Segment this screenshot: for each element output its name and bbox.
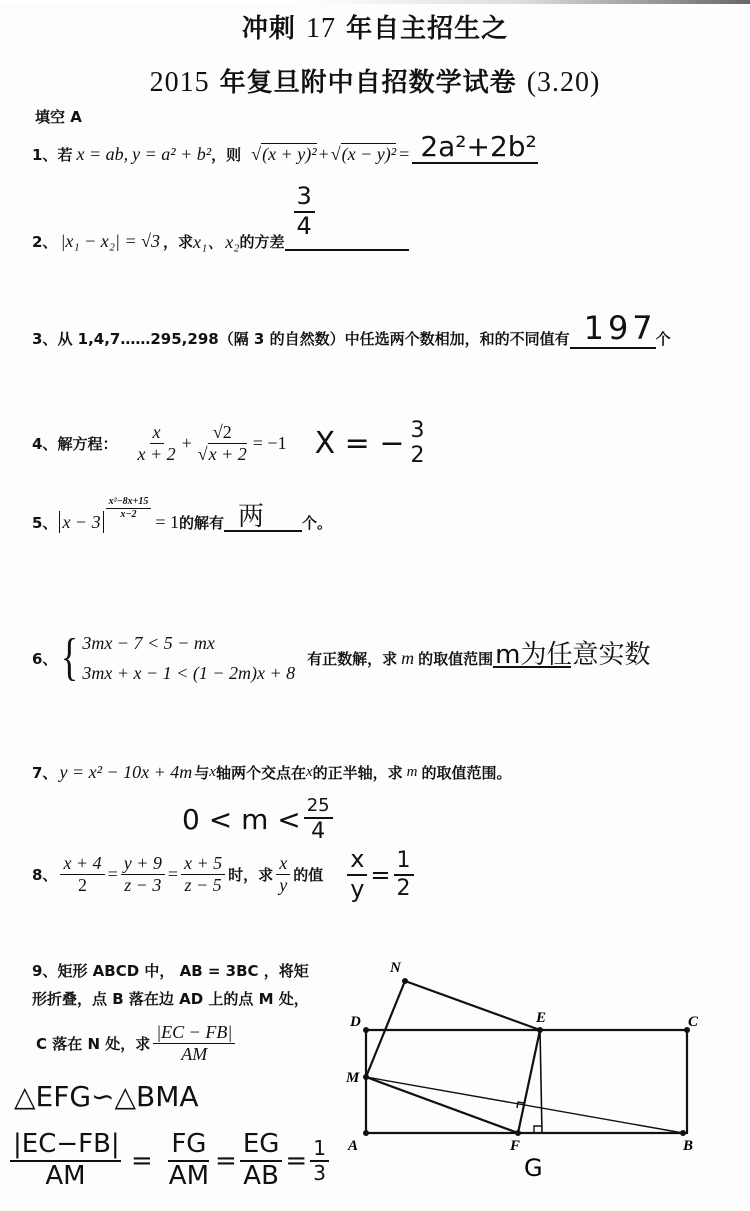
- question-text: ，则: [211, 144, 241, 165]
- question-9-line1: 9、 矩形 ABCD 中， AB = 3BC ，将矩: [32, 960, 309, 981]
- math-var: m: [401, 648, 414, 669]
- handwritten-fraction: 25 4: [304, 796, 333, 844]
- numerator: FG: [168, 1130, 209, 1162]
- question-3: 3、 从 1,4,7……295,298（隔 3 的自然数）中任选两个数相加，和的…: [32, 328, 671, 349]
- question-label: 解方程：: [57, 433, 117, 454]
- ask-fraction: x y: [276, 853, 290, 895]
- equals-sign: =: [399, 144, 409, 165]
- answer-denominator: 2: [408, 443, 428, 468]
- denominator: AB: [240, 1162, 282, 1192]
- sqrt-sign: √: [331, 144, 341, 165]
- question-8: 8、 x + 4 2 = y + 9 z − 3 = x + 5 z − 5 时…: [32, 846, 417, 903]
- question-text: 若: [57, 144, 72, 165]
- numerator: |EC − FB|: [153, 1022, 235, 1044]
- math-var: x: [306, 764, 313, 781]
- question-number: 9、: [32, 960, 57, 981]
- label-d: D: [349, 1014, 361, 1030]
- sqrt-expr-1: (x + y)²: [261, 143, 317, 165]
- question-text: 时，求: [228, 864, 273, 885]
- question-7: 7、 y = x² − 10x + 4m 与 x 轴两个交点在 x 的正半轴，求…: [32, 762, 512, 783]
- handwritten-answer: 2a²+2b²: [420, 130, 536, 163]
- label-b: B: [682, 1138, 693, 1154]
- numerator: EG: [240, 1130, 283, 1162]
- sqrt-sign: √: [198, 444, 208, 464]
- label-e: E: [535, 1010, 546, 1026]
- exponent-denominator: x−2: [117, 509, 139, 521]
- unit-text: 个: [656, 328, 671, 349]
- label-f: F: [509, 1138, 520, 1154]
- segment-ef: [518, 1030, 540, 1133]
- question-6: 6、 { 3mx − 7 < 5 − mx 3mx + x − 1 < (1 −…: [32, 628, 571, 688]
- denominator: x + 2: [134, 444, 178, 465]
- answer-blank: m为任意实数: [493, 648, 571, 668]
- label-g-handwritten: G: [524, 1154, 543, 1182]
- answer-blank: 197: [570, 329, 656, 349]
- question-text: 与: [194, 762, 209, 783]
- question-1: 1、 若 x = ab, y = a² + b² ，则 √(x + y)² + …: [32, 143, 538, 165]
- ask-fraction: |EC − FB| AM: [153, 1022, 235, 1064]
- denominator: x + 2: [208, 443, 247, 464]
- question-4: 4、 解方程： x x + 2 + √2 √x + 2 = −1 X = − 3…: [32, 418, 431, 469]
- numerator: x: [150, 422, 164, 444]
- denominator: 2: [75, 875, 90, 896]
- math-vars: x₁、x₂: [193, 228, 240, 254]
- handwritten-ratio-chain: |EC−FB| AM = FG AM = EG AB = 1 3: [10, 1130, 332, 1192]
- question-text: 的取值范围。: [421, 762, 511, 783]
- question-text: 的解有: [179, 512, 224, 533]
- rhs: = −1: [253, 433, 287, 454]
- denominator: 3: [310, 1162, 329, 1185]
- sqrt-expr-2: (x − y)²: [341, 143, 397, 165]
- answer-blank: 3 4: [285, 231, 409, 251]
- denominator: AM: [42, 1162, 88, 1192]
- numerator: √2: [210, 422, 235, 444]
- answer-blank: 两: [224, 512, 302, 532]
- question-2: 2、 |x₁ − x₂| = √3 ，求 x₁、x₂ 的方差 3 4: [32, 228, 409, 254]
- question-text: 的取值范围: [418, 648, 493, 669]
- unit-text: 个。: [302, 512, 332, 533]
- handwritten-answer: 197: [584, 309, 657, 347]
- title-date: (3.20): [527, 67, 601, 98]
- abs-bar-right: [103, 511, 104, 533]
- sqrt-sign: √: [251, 144, 261, 165]
- math-expr: |x₁ − x₂| = √3: [60, 231, 160, 252]
- handwritten-fraction-2: FG AM: [166, 1130, 212, 1192]
- question-number: 6、: [32, 648, 57, 669]
- math-expr: y = x² − 10x + 4m: [59, 762, 192, 783]
- exponent: x²−8x+15 x−2: [106, 496, 152, 520]
- abs-bar-left: [59, 511, 60, 533]
- inequality-system: 3mx − 7 < 5 − mx 3mx + x − 1 < (1 − 2m)x…: [82, 628, 295, 688]
- section-label: 填空 A: [35, 106, 82, 127]
- math-var: m: [407, 764, 418, 781]
- segment-mb: [366, 1077, 683, 1133]
- page-title-line2: 2015 年复旦附中自招数学试卷 (3.20): [0, 62, 750, 99]
- handwritten-similarity: △EFG∽△BMA: [14, 1080, 199, 1113]
- denominator: y: [276, 875, 290, 896]
- handwritten-rhs: 1 2: [394, 848, 414, 901]
- handwritten-fraction-result: 1 3: [310, 1137, 329, 1185]
- title-year: 2015: [150, 67, 210, 98]
- answer-numerator: 25: [304, 796, 333, 819]
- title-prefix: 冲刺: [242, 14, 296, 44]
- denominator: AM: [178, 1044, 210, 1065]
- label-m: M: [345, 1070, 360, 1086]
- question-5: 5、 x − 3 x²−8x+15 x−2 = 1 的解有 两 个。: [32, 510, 332, 534]
- question-9-line2: 形折叠，点 B 落在边 AD 上的点 M 处，: [32, 988, 309, 1009]
- denominator: z − 3: [121, 875, 164, 896]
- fraction-2: √2 √x + 2: [195, 422, 250, 464]
- title-number: 17: [306, 13, 336, 44]
- inequality-2: 3mx + x − 1 < (1 − 2m)x + 8: [82, 658, 295, 688]
- segment-mf: [366, 1077, 518, 1133]
- question-number: 8、: [32, 864, 57, 885]
- answer-numerator: x: [347, 846, 367, 876]
- question-number: 2、: [32, 231, 57, 252]
- fraction-3: x + 5 z − 5: [181, 853, 225, 895]
- segment-eg: [540, 1030, 542, 1133]
- condition-y: y = a² + b²: [132, 144, 211, 165]
- denominator: AM: [166, 1162, 212, 1192]
- title-suffix: 年自主招生之: [346, 14, 508, 44]
- handwritten-answer: 3 4: [294, 183, 315, 240]
- answer-denominator: 4: [294, 213, 315, 241]
- handwritten-fraction-1: |EC−FB| AM: [13, 1130, 118, 1192]
- rhs: = 1: [155, 512, 179, 533]
- fraction-2: y + 9 z − 3: [121, 853, 165, 895]
- plus-sign: +: [319, 144, 329, 165]
- label-c: C: [688, 1014, 699, 1030]
- question-text: 有正数解，求: [307, 648, 397, 669]
- plus-sign: +: [182, 433, 192, 454]
- inequality-1: 3mx − 7 < 5 − mx: [82, 628, 295, 658]
- handwritten-lhs: x y: [347, 846, 367, 903]
- condition-x: x = ab,: [76, 144, 128, 165]
- answer-numerator: 1: [394, 848, 414, 875]
- denominator: z − 5: [182, 875, 225, 896]
- answer-blank: 2a²+2b²: [412, 144, 538, 164]
- answer-denominator: 4: [308, 819, 328, 844]
- question-text: 形折叠，点 B 落在边 AD 上的点 M 处，: [32, 988, 309, 1009]
- geometry-figure: N D E C M A F B G: [340, 950, 750, 1190]
- label-n: N: [389, 960, 402, 976]
- handwritten-fraction-3: EG AB: [240, 1130, 283, 1192]
- math-var: x: [209, 764, 216, 781]
- rectangle-abcd: [366, 1030, 687, 1133]
- question-number: 4、: [32, 433, 57, 454]
- question-number: 3、: [32, 328, 57, 349]
- fraction-1: x + 4 2: [60, 853, 104, 895]
- numerator: 1: [310, 1137, 329, 1162]
- answer-numerator: 3: [408, 418, 428, 443]
- numerator: y + 9: [121, 853, 165, 875]
- question-9-line3: C 落在 N 处，求 |EC − FB| AM: [36, 1022, 238, 1064]
- title-text: 年复旦附中自招数学试卷: [220, 68, 517, 98]
- answer-denominator: y: [347, 876, 367, 904]
- answer-numerator: 3: [294, 183, 315, 213]
- fraction-1: x x + 2: [134, 422, 178, 464]
- system-brace: {: [61, 632, 78, 684]
- question-text: 轴两个交点在: [216, 762, 306, 783]
- question-text: 的值: [293, 864, 323, 885]
- handwritten-fraction: 3 2: [408, 418, 428, 469]
- numerator: |EC−FB|: [10, 1130, 121, 1162]
- question-text: C 落在 N 处，求: [36, 1033, 150, 1054]
- power-base: x − 3: [62, 512, 100, 533]
- numerator: x + 5: [181, 853, 225, 875]
- numerator: x + 4: [60, 853, 104, 875]
- label-a: A: [347, 1138, 358, 1154]
- question-text: 从 1,4,7……295,298（隔 3 的自然数）中任选两个数相加，和的不同值…: [57, 328, 569, 349]
- question-text: 的方差: [240, 231, 285, 252]
- handwritten-answer: X = −: [315, 426, 405, 461]
- handwritten-answer: 两: [238, 496, 264, 533]
- exponent-numerator: x²−8x+15: [106, 496, 152, 509]
- scan-edge-shadow: [0, 0, 750, 4]
- numerator: x: [276, 853, 290, 875]
- page-title-line1: 冲刺 17 年自主招生之: [0, 8, 750, 45]
- question-number: 1、: [32, 144, 57, 165]
- handwritten-answer: m为任意实数: [495, 634, 650, 671]
- handwritten-answer: 0 < m <: [182, 803, 301, 836]
- question-text: 的正半轴，求: [313, 762, 403, 783]
- question-number: 7、: [32, 762, 57, 783]
- question-number: 5、: [32, 512, 57, 533]
- question-7-handwritten-answer: 0 < m < 25 4: [182, 796, 336, 844]
- question-text: ，求: [163, 231, 193, 252]
- question-text: 矩形 ABCD 中， AB = 3BC ，将矩: [57, 960, 308, 981]
- answer-denominator: 2: [394, 876, 414, 901]
